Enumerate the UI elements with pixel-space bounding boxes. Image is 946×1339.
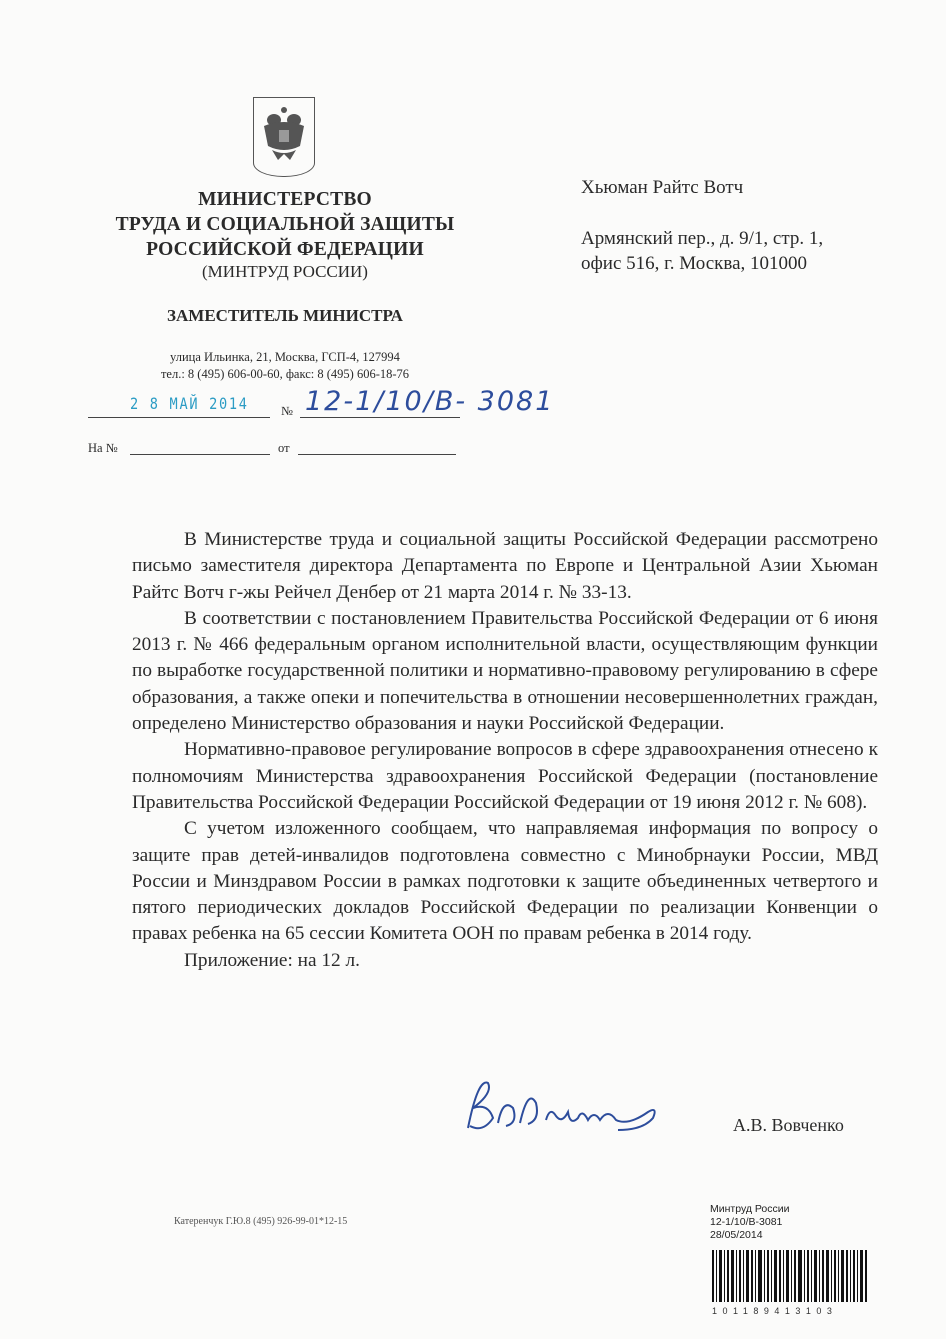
recipient-address-line2: офис 516, г. Москва, 101000 (581, 251, 807, 276)
barcode-digits: 101189413103 (712, 1306, 884, 1316)
registration-label: Минтруд России 12-1/10/В-3081 28/05/2014 (710, 1203, 890, 1242)
ministry-short-name: (МИНТРУД РОССИИ) (80, 262, 490, 282)
ministry-address: улица Ильинка, 21, Москва, ГСП-4, 127994 (80, 349, 490, 366)
paragraph-1: В Министерстве труда и социальной защиты… (132, 527, 878, 606)
outgoing-number-handwritten: 12-1/10/В- 3081 (305, 386, 554, 417)
ministry-contacts: тел.: 8 (495) 606-00-60, факс: 8 (495) 6… (80, 366, 490, 383)
barcode (712, 1250, 884, 1302)
handwritten-signature (458, 1068, 668, 1153)
paragraph-2: В соответствии с постановлением Правител… (132, 606, 878, 737)
coat-of-arms-emblem (253, 97, 315, 177)
number-label: № (281, 404, 293, 419)
double-headed-eagle-icon (260, 104, 308, 166)
reply-to-label: На № (88, 441, 118, 456)
recipient-name: Хьюман Райтс Вотч (581, 175, 743, 200)
signer-name: А.В. Вовченко (733, 1115, 844, 1136)
reg-label-date: 28/05/2014 (710, 1229, 890, 1242)
attachment-note: Приложение: на 12 л. (132, 948, 878, 974)
ministry-title-line1: МИНИСТЕРСТВО (80, 187, 490, 212)
date-line (88, 417, 270, 418)
ministry-title-line2: ТРУДА И СОЦИАЛЬНОЙ ЗАЩИТЫ (80, 212, 490, 237)
reg-label-org: Минтруд России (710, 1203, 890, 1216)
from-line (298, 454, 456, 455)
ministry-title-line3: РОССИЙСКОЙ ФЕДЕРАЦИИ (80, 237, 490, 262)
letter-body: В Министерстве труда и социальной защиты… (132, 527, 878, 974)
paragraph-3: Нормативно-правовое регулирование вопрос… (132, 737, 878, 816)
signature-scribble-icon (458, 1068, 668, 1148)
paragraph-4: С учетом изложенного сообщаем, что напра… (132, 816, 878, 947)
number-line (300, 417, 460, 418)
recipient-address-line1: Армянский пер., д. 9/1, стр. 1, (581, 226, 823, 251)
reply-to-line (130, 454, 270, 455)
from-label: от (278, 441, 290, 456)
date-stamp: 2 8 МАЙ 2014 (130, 394, 249, 413)
position-title: ЗАМЕСТИТЕЛЬ МИНИСТРА (80, 306, 490, 326)
reg-label-number: 12-1/10/В-3081 (710, 1216, 890, 1229)
executor-info: Катеренчук Г.Ю.8 (495) 926-99-01*12-15 (174, 1216, 347, 1227)
